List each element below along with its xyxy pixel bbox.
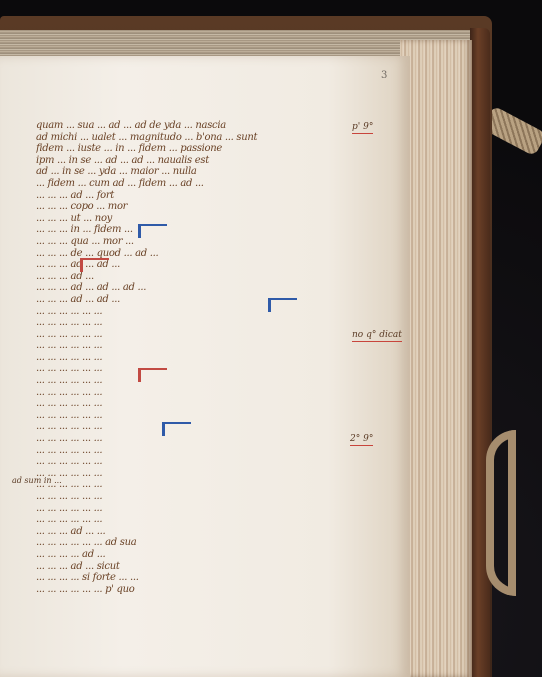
text-line: ... ... ... ... ... ... bbox=[36, 329, 318, 341]
text-line: ... ... ... qua ... mor ... bbox=[36, 236, 318, 248]
main-text-column: quam ... sua ... ad ... ad de yda ... na… bbox=[36, 120, 318, 610]
text-line: ... ... ... ad ... ad ... ad ... bbox=[36, 282, 318, 294]
text-line: ... ... ... ... ... ... bbox=[36, 514, 318, 526]
text-line: ... ... ... copo ... mor bbox=[36, 201, 318, 213]
text-line: ... ... ... ... ... ... bbox=[36, 468, 318, 480]
marginal-note-2: no q° dicat bbox=[352, 330, 402, 342]
text-line: ad michi ... ualet ... magnitudo ... b'o… bbox=[36, 132, 318, 144]
text-line: ... ... ... ... ... ... bbox=[36, 363, 318, 375]
text-line: ... ... ... ... ... ... bbox=[36, 503, 318, 515]
blue-initial-1 bbox=[138, 224, 167, 238]
red-initial bbox=[80, 258, 109, 272]
text-line: ... ... ... ad ... bbox=[36, 271, 318, 283]
text-block-fore-edge bbox=[400, 40, 472, 677]
text-line: ... ... ... ... ... ... ad sua bbox=[36, 537, 318, 549]
text-line: ipm ... in se ... ad ... ad ... naualis … bbox=[36, 155, 318, 167]
text-line: ... ... ... ut ... noy bbox=[36, 213, 318, 225]
text-line: ... ... ... ... ... ... bbox=[36, 340, 318, 352]
binding-board-edge bbox=[470, 28, 490, 677]
text-line: fidem ... iuste ... in ... fidem ... pas… bbox=[36, 143, 318, 155]
text-line: ... ... ... ad ... ad ... bbox=[36, 259, 318, 271]
text-line: ... ... ... ... si forte ... ... bbox=[36, 572, 318, 584]
text-line: quam ... sua ... ad ... ad de yda ... na… bbox=[36, 120, 318, 132]
text-line: ... ... ... ad ... fort bbox=[36, 190, 318, 202]
blue-initial-3 bbox=[162, 422, 191, 436]
text-line: ... ... ... ... ... ... bbox=[36, 410, 318, 422]
text-line: ... ... ... ... ... ... p' quo bbox=[36, 584, 318, 596]
text-line: ... ... ... ... ... ... bbox=[36, 352, 318, 364]
text-line: ... ... ... ... ... ... bbox=[36, 479, 318, 491]
text-line: ... ... ... de ... quod ... ad ... bbox=[36, 248, 318, 260]
folio-number: 3 bbox=[381, 70, 387, 81]
text-line: ... ... ... ... ... ... bbox=[36, 317, 318, 329]
text-line: ... ... ... ad ... sicut bbox=[36, 561, 318, 573]
text-line: ... ... ... ... ... ... bbox=[36, 456, 318, 468]
text-line: ... fidem ... cum ad ... fidem ... ad ..… bbox=[36, 178, 318, 190]
red-initial-2 bbox=[138, 368, 167, 382]
text-line: ... ... ... ... ... ... bbox=[36, 491, 318, 503]
marginal-note-left: ad sum in ... bbox=[12, 476, 62, 485]
text-line: ... ... ... ad ... ... bbox=[36, 526, 318, 538]
text-line: ... ... ... in ... fidem ... bbox=[36, 224, 318, 236]
text-line: ... ... ... ... ... ... bbox=[36, 398, 318, 410]
marginal-note-3: 2° 9° bbox=[350, 434, 373, 446]
text-line: ... ... ... ... ... ... bbox=[36, 387, 318, 399]
marginal-note-1: p' 9° bbox=[352, 122, 373, 134]
blue-initial-2 bbox=[268, 298, 297, 312]
clasp-strap-lower bbox=[486, 430, 516, 596]
text-line: ... ... ... ... ad ... bbox=[36, 549, 318, 561]
text-line: ad ... in se ... yda ... maior ... nulla bbox=[36, 166, 318, 178]
text-line: ... ... ... ... ... ... bbox=[36, 445, 318, 457]
text-line: ... ... ... ... ... ... bbox=[36, 375, 318, 387]
